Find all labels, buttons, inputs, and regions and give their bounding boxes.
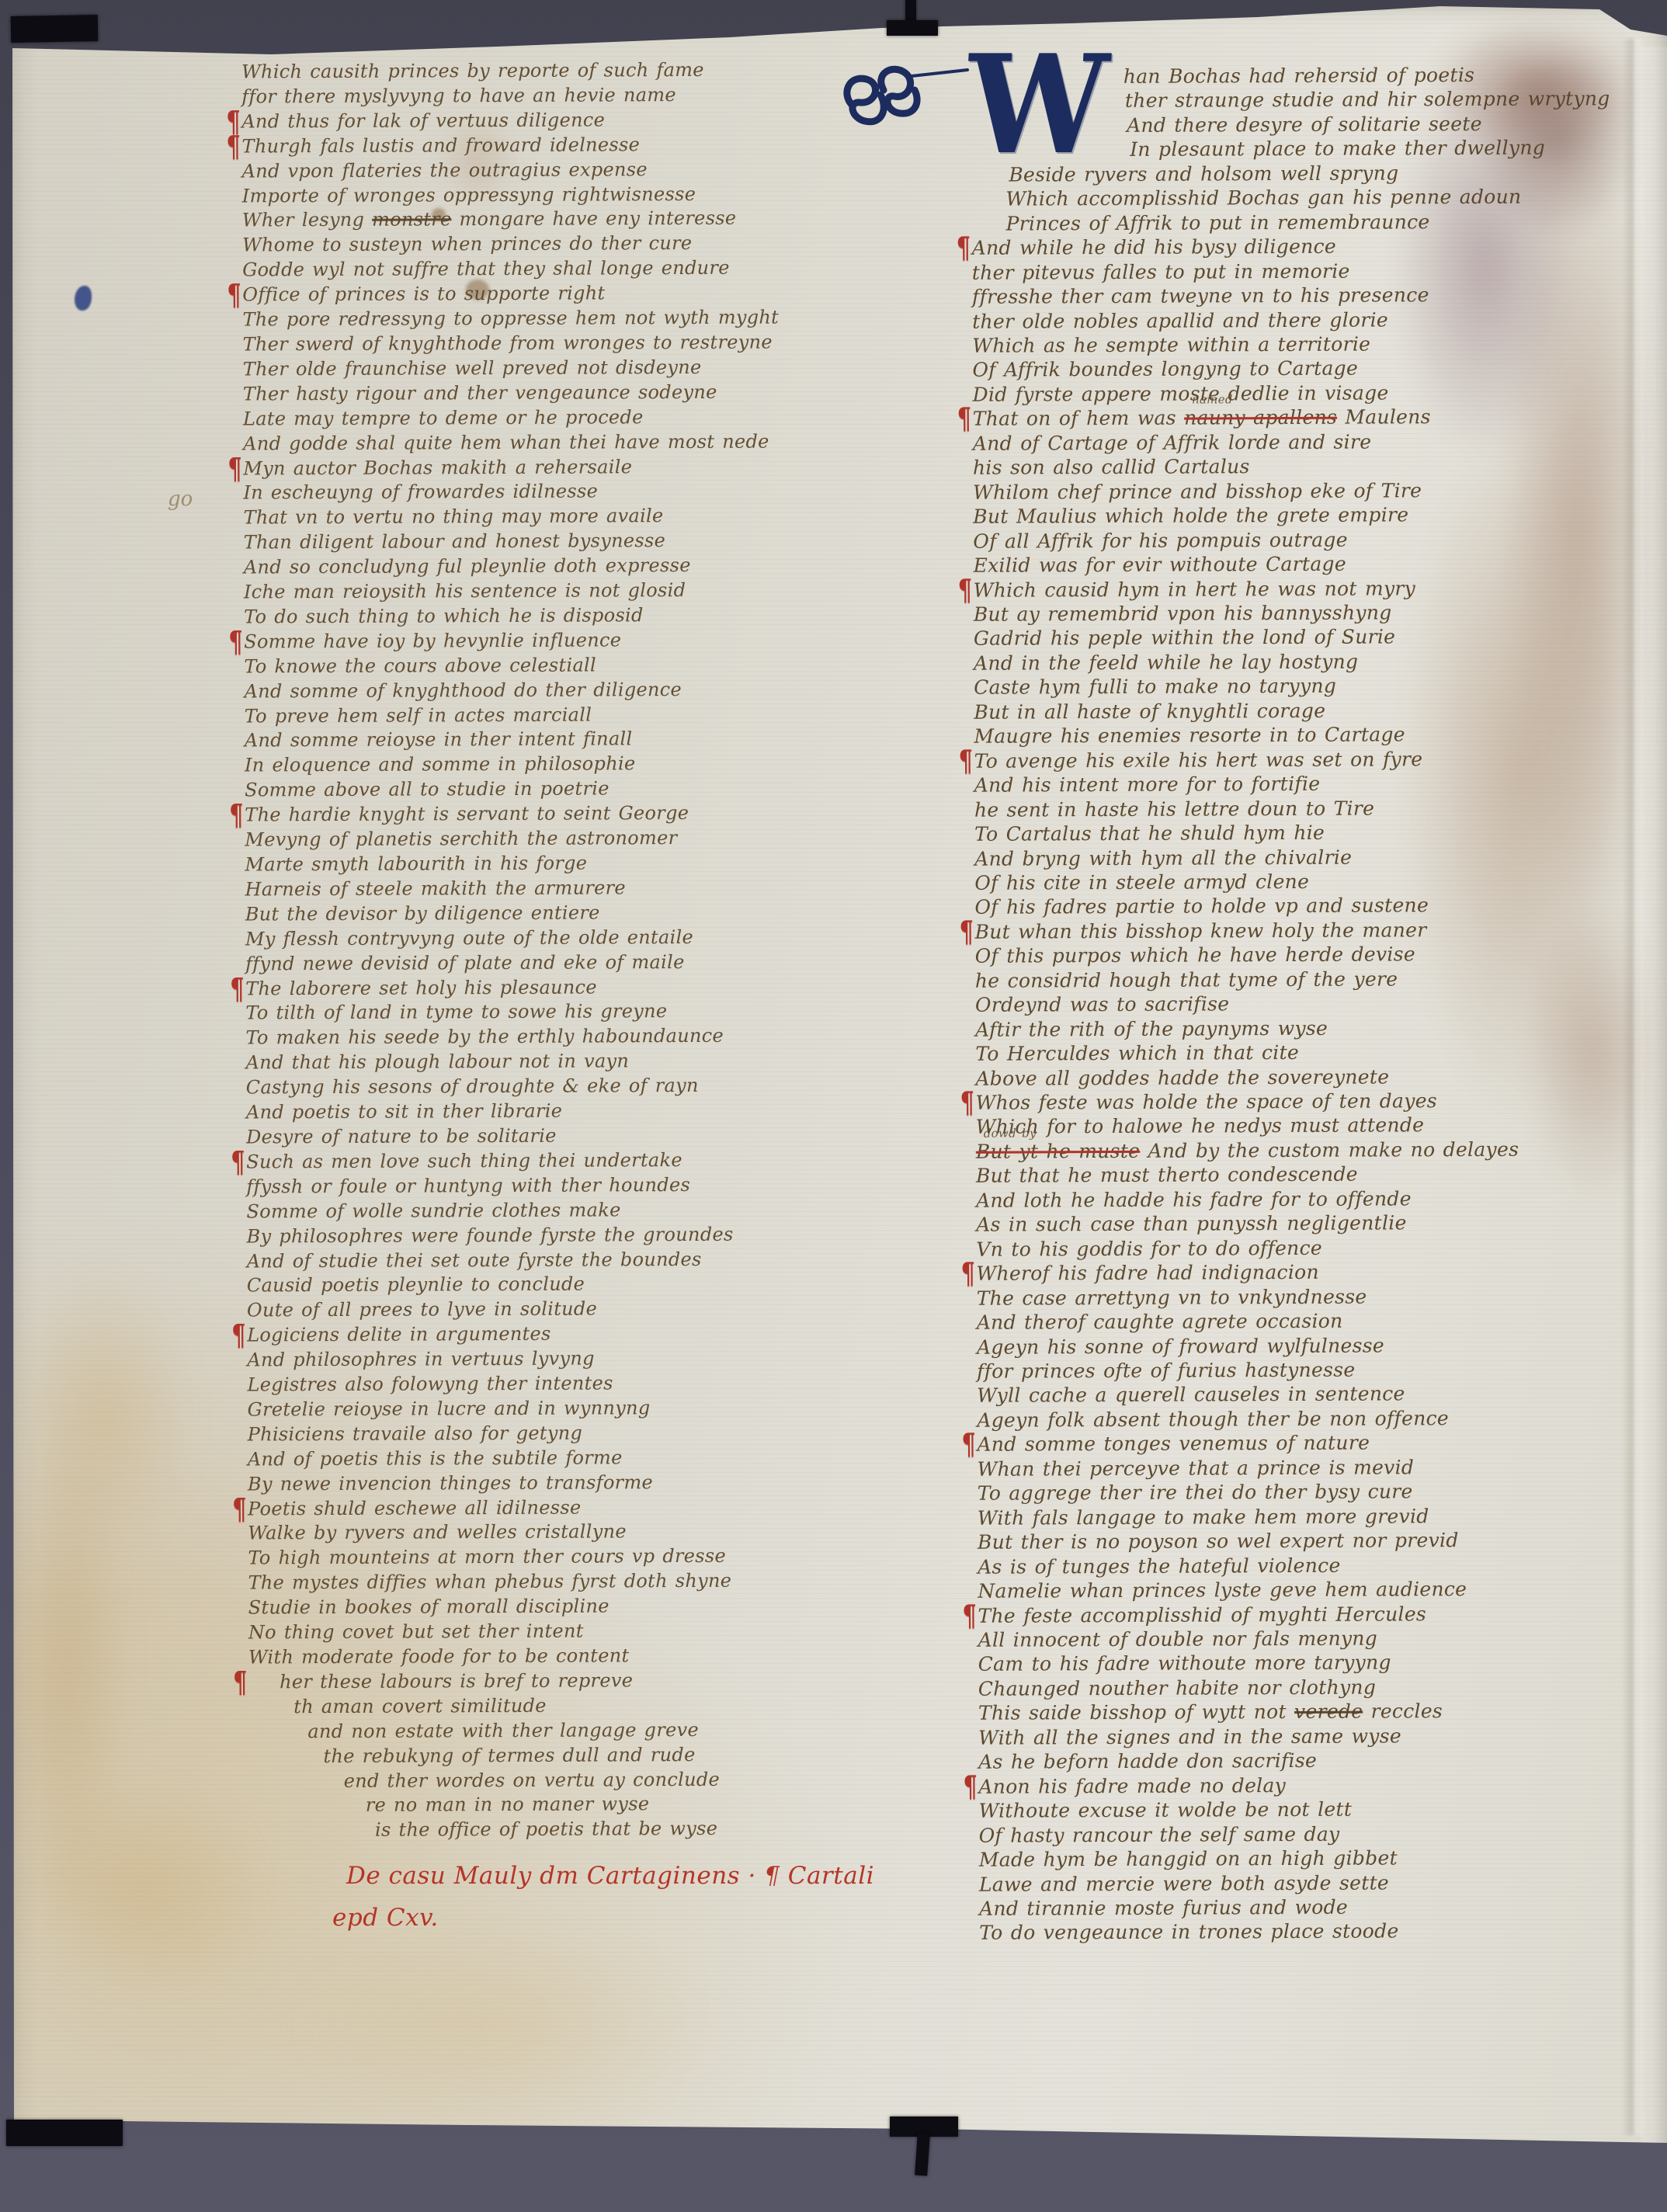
verse-line: Gadrid his peple within the lond of Suri… bbox=[960, 624, 1613, 651]
verse-line: Ageyn his sonne of froward wylfulnesse bbox=[963, 1332, 1616, 1359]
verse-line: And therof caughte agrete occasion bbox=[963, 1307, 1616, 1335]
verse-line: Wyll cache a querell causeles in sentenc… bbox=[963, 1381, 1616, 1408]
correction: monstre bbox=[372, 208, 452, 233]
verse-line: Which for to halowe he nedys must attend… bbox=[962, 1113, 1615, 1140]
verse-line: re no man in no maner wyse bbox=[235, 1792, 786, 1819]
verse-line: And of Cartage of Affrik lorde and sire bbox=[959, 429, 1612, 456]
verse-line: ffynd newe devisid of plate and eke of m… bbox=[231, 950, 782, 977]
verse-line: The mystes diffies whan phebus fyrst dot… bbox=[234, 1569, 784, 1596]
verse-line: Desyre of nature to be solitarie bbox=[232, 1123, 783, 1150]
paraph-mark: ¶ bbox=[228, 628, 243, 655]
verse-line: The case arrettyng vn to vnkyndnesse bbox=[963, 1283, 1616, 1311]
verse-line: To tilth of land in tyme to sowe his gre… bbox=[231, 999, 782, 1026]
verse-line: dowd byBut yt he muste And by the custom… bbox=[962, 1137, 1615, 1164]
correction: verede bbox=[1294, 1700, 1363, 1724]
verse-line: Than diligent labour and honest bysyness… bbox=[230, 529, 780, 556]
verse-line: Somme of wolle sundrie clothes make bbox=[232, 1197, 783, 1224]
verse-line: Ordeynd was to sacrifise bbox=[961, 990, 1614, 1017]
verse-line: Godde wyl not suffre that they shal long… bbox=[228, 256, 779, 283]
verse-line: end ther wordes on vertu ay conclude bbox=[235, 1767, 786, 1794]
verse-line: Walke by ryvers and welles cristallyne bbox=[234, 1519, 784, 1547]
verse-line: he considrid hough that tyme of the yere bbox=[961, 966, 1614, 993]
verse-line: the rebukyng of termes dull and rude bbox=[234, 1742, 785, 1769]
paraph-mark: ¶ bbox=[959, 748, 974, 774]
verse-line: To aggrege ther ire thei do ther bysy cu… bbox=[964, 1478, 1617, 1505]
verse-line: Ther hasty rigour and ther vengeaunce so… bbox=[229, 380, 780, 407]
paraph-mark: ¶ bbox=[231, 1322, 246, 1349]
verse-line: But Maulius which holde the grete empire bbox=[959, 502, 1612, 529]
verse-line: Gretelie reioyse in lucre and in wynnyng bbox=[234, 1395, 784, 1422]
mount-clamp-bottom-left bbox=[6, 2120, 123, 2146]
verse-line: In escheuyng of frowardes idilnesse bbox=[229, 479, 780, 506]
verse-line: Of his fadres partie to holde vp and sus… bbox=[960, 893, 1613, 920]
verse-line: ¶Which causid hym in hert he was not myr… bbox=[960, 575, 1613, 602]
verse-line: Above all goddes hadde the sovereynete bbox=[961, 1064, 1614, 1091]
verse-line: Made hym be hanggid on an high gibbet bbox=[965, 1845, 1618, 1872]
verse-line: ¶The hardie knyght is servant to seint G… bbox=[231, 801, 781, 828]
verse-line: ¶And somme tonges venemus of nature bbox=[963, 1430, 1616, 1457]
verse-line: No thing covet but set ther intent bbox=[234, 1619, 785, 1646]
verse-line: Importe of wronges oppressyng rightwisne… bbox=[228, 182, 779, 209]
verse-line: Did fyrste appere moste dedlie in visage bbox=[959, 380, 1612, 407]
paraph-mark: ¶ bbox=[963, 1773, 978, 1800]
verse-line: Late may tempre to deme or he procede bbox=[229, 405, 780, 432]
verse-line: Marte smyth labourith in his forge bbox=[231, 850, 781, 877]
verse-line: Castyng his sesons of droughte & eke of … bbox=[232, 1074, 783, 1101]
verse-line: Ther swerd of knyghthode from wronges to… bbox=[229, 330, 780, 357]
verse-line: th aman covert similitude bbox=[234, 1693, 785, 1720]
verse-line: ffor there myslyvyng to have an hevie na… bbox=[227, 82, 778, 109]
verse-line: In eloquence and somme in philosophie bbox=[231, 752, 781, 779]
verse-line: This saide bisshop of wytt not verede re… bbox=[964, 1699, 1617, 1726]
paraph-mark: ¶ bbox=[226, 133, 241, 159]
verse-line: Chaunged nouther habite nor clothyng bbox=[964, 1674, 1617, 1701]
verse-line: To Herculdes which in that cite bbox=[961, 1039, 1614, 1066]
verse-line: Aftir the rith of the paynyms wyse bbox=[961, 1015, 1614, 1042]
verse-line: Of hasty rancour the self same day bbox=[965, 1821, 1618, 1848]
verse-line: Legistres also folowyng ther intentes bbox=[233, 1370, 783, 1398]
paraph-mark: ¶ bbox=[957, 405, 972, 432]
verse-line: Cam to his fadre withoute more taryyng bbox=[964, 1650, 1617, 1677]
verse-line: With moderate foode for to be content bbox=[234, 1643, 785, 1670]
verse-line: ¶Myn auctor Bochas makith a rehersaile bbox=[229, 454, 780, 481]
paraph-mark: ¶ bbox=[960, 918, 974, 945]
verse-line: As in such case than punyssh negligentli… bbox=[962, 1210, 1615, 1237]
correction: namednauny apallens bbox=[1184, 405, 1337, 430]
verse-line: Ageyn folk absent though ther be non off… bbox=[963, 1405, 1616, 1432]
verse-line: Harneis of steele makith the armurere bbox=[231, 875, 782, 902]
verse-line: ffyssh or foule or huntyng with ther hou… bbox=[232, 1172, 783, 1200]
struck-text: nauny apallens bbox=[1184, 406, 1337, 429]
verse-line: To preve hem self in actes marciall bbox=[231, 702, 781, 729]
paraph-mark: ¶ bbox=[231, 1148, 245, 1175]
chapter-rubric-line-1: De casu Mauly dm Cartaginens · ¶ Cartali bbox=[346, 1860, 874, 1891]
verse-line: And somme of knyghthood do ther diligenc… bbox=[230, 677, 780, 704]
verse-line: And somme reioyse in ther intent finall bbox=[231, 727, 781, 754]
verse-line: Princes of Affrik to put in remembraunce bbox=[958, 209, 1611, 236]
paraph-mark: ¶ bbox=[960, 1089, 974, 1116]
verse-line: and non estate with ther langage greve bbox=[234, 1717, 785, 1745]
fold-crease-right bbox=[1622, 39, 1645, 2135]
verse-line: his son also callid Cartalus bbox=[959, 453, 1612, 480]
under-leaf-edge-right bbox=[1641, 47, 1667, 2143]
verse-line: ¶Such as men love such thing thei undert… bbox=[232, 1148, 783, 1175]
verse-line: ¶But whan this bisshop knew holy the man… bbox=[961, 917, 1614, 944]
struck-text: But yt he muste bbox=[976, 1140, 1141, 1163]
verse-line: Beside ryvers and holsom well spryng bbox=[957, 160, 1610, 187]
verse-line: Of Affrik boundes longyng to Cartage bbox=[958, 356, 1611, 383]
paraph-mark: ¶ bbox=[232, 1495, 247, 1522]
verse-line: To knowe the cours above celestiall bbox=[230, 652, 780, 679]
verse-line: Namelie whan princes lyste geve hem audi… bbox=[964, 1576, 1617, 1603]
verse-line: And that his plough labour not in vayn bbox=[232, 1049, 783, 1076]
paraph-mark: ¶ bbox=[227, 282, 241, 308]
left-text-column: Which causith princes by reporte of such… bbox=[227, 57, 786, 1843]
verse-line: In plesaunt place to make ther dwellyng bbox=[957, 136, 1610, 163]
verse-line: To maken his seede by the erthly habound… bbox=[231, 1024, 782, 1051]
verse-line: Exilid was for evir withoute Cartage bbox=[959, 550, 1612, 578]
paraph-mark: ¶ bbox=[227, 455, 242, 481]
verse-line: Which accomplisshid Bochas gan his penne… bbox=[957, 184, 1610, 211]
verse-line: ¶And while he did his bysy diligence bbox=[958, 233, 1611, 260]
verse-line: To do vengeaunce in trones place stoode bbox=[965, 1919, 1618, 1946]
verse-line: ffor princes ofte of furius hastynesse bbox=[963, 1356, 1616, 1384]
verse-line: And his intent more for to fortifie bbox=[960, 770, 1613, 797]
verse-line: As he beforn hadde don sacrifise bbox=[964, 1747, 1617, 1774]
verse-line: ther straunge studie and hir solempne wr… bbox=[957, 87, 1610, 114]
verse-line: ¶Thurgh fals lustis and froward idelness… bbox=[227, 132, 778, 159]
verse-line: Somme above all to studie in poetrie bbox=[231, 776, 781, 804]
right-text-column: han Bochas had rehersid of poetisther st… bbox=[957, 62, 1618, 1946]
verse-line: My flessh contryvyng oute of the olde en… bbox=[231, 925, 782, 952]
verse-line: Wher lesyng monstre mongare have eny int… bbox=[228, 207, 779, 234]
photograph-backdrop: { "palette":{ "backdrop":"#4a4a5c","parc… bbox=[0, 0, 1667, 2212]
verse-line: And philosophres in vertuus lyvyng bbox=[233, 1346, 783, 1373]
verse-line: ¶The feste accomplisshid of myghti Hercu… bbox=[964, 1601, 1617, 1628]
paraph-mark: ¶ bbox=[960, 1260, 975, 1287]
paraph-mark: ¶ bbox=[233, 1669, 248, 1695]
verse-line: And poetis to sit in ther librarie bbox=[232, 1099, 783, 1126]
verse-line: With fals langage to make hem more grevi… bbox=[964, 1503, 1617, 1530]
verse-line: By newe invencion thinges to transforme bbox=[234, 1470, 784, 1497]
interlinear-insertion: dowd by bbox=[984, 1127, 1037, 1138]
verse-line: Iche man reioysith his sentence is not g… bbox=[230, 578, 780, 605]
verse-line: And godde shal quite hem whan thei have … bbox=[229, 429, 780, 457]
initial-flourish-icon bbox=[837, 59, 969, 207]
verse-line: Whan thei perceyve that a prince is mevi… bbox=[964, 1454, 1617, 1481]
verse-line: Of his cite in steele armyd clene bbox=[960, 868, 1613, 895]
verse-line: Maugre his enemies resorte in to Cartage bbox=[960, 721, 1613, 748]
verse-line: Studie in bookes of morall discipline bbox=[234, 1594, 785, 1621]
mount-clamp-top-left bbox=[11, 15, 99, 43]
verse-line: And there desyre of solitarie seete bbox=[957, 111, 1610, 138]
verse-line: Which as he sempte within a territorie bbox=[958, 331, 1611, 358]
verse-line: Withoute excuse it wolde be not lett bbox=[964, 1796, 1617, 1823]
verse-line: Causid poetis pleynlie to conclude bbox=[233, 1272, 783, 1299]
paraph-mark: ¶ bbox=[957, 234, 971, 261]
stain-bottom-center bbox=[194, 1879, 800, 2174]
verse-line: han Bochas had rehersid of poetis bbox=[957, 62, 1610, 89]
verse-line: All innocent of double nor fals menyng bbox=[964, 1625, 1617, 1652]
verse-line: And bryng with hym all the chivalrie bbox=[960, 844, 1613, 871]
paraph-mark: ¶ bbox=[229, 802, 244, 828]
verse-line: Ther olde fraunchise well preved not dis… bbox=[229, 355, 780, 382]
paraph-mark: ¶ bbox=[958, 576, 973, 602]
verse-line: ¶her these labours is bref to repreve bbox=[234, 1668, 785, 1695]
verse-line: To do such thing to which he is disposid bbox=[230, 602, 780, 630]
blue-ink-blot bbox=[75, 286, 92, 311]
verse-line: Caste hym fulli to make no taryyng bbox=[960, 672, 1613, 700]
verse-line: As is of tunges the hateful violence bbox=[964, 1552, 1617, 1579]
verse-line: is the office of poetis that be wyse bbox=[235, 1817, 786, 1844]
verse-line: ¶That on of hem was namednauny apallens … bbox=[959, 405, 1612, 432]
verse-line: And so concludyng ful pleynlie doth expr… bbox=[230, 554, 780, 581]
verse-line: And vpon flateries the outragius expense bbox=[228, 157, 779, 184]
verse-line: ffresshe ther cam tweyne vn to his prese… bbox=[958, 282, 1611, 309]
verse-line: To Cartalus that he shuld hym hie bbox=[960, 819, 1613, 846]
verse-line: But the devisor by diligence entiere bbox=[231, 900, 782, 927]
verse-line: ¶And thus for lak of vertuus diligence bbox=[227, 107, 778, 134]
verse-line: ¶Wherof his fadre had indignacion bbox=[962, 1259, 1615, 1286]
verse-line: But that he must therto condescende bbox=[962, 1162, 1615, 1189]
verse-line: Of all Affrik for his pompuis outrage bbox=[959, 526, 1612, 554]
chapter-rubric-line-2: epd Cxv. bbox=[332, 1902, 439, 1933]
verse-line: Of this purpos which he have herde devis… bbox=[961, 941, 1614, 968]
verse-line: Oute of all prees to lyve in solitude bbox=[233, 1297, 783, 1324]
verse-line: ¶To avenge his exile his hert was set on… bbox=[960, 746, 1613, 773]
verse-line: Which causith princes by reporte of such… bbox=[227, 57, 778, 85]
verse-line: ¶The laborere set holy his plesaunce bbox=[231, 974, 782, 1002]
verse-line: Mevyng of planetis serchith the astronom… bbox=[231, 826, 781, 853]
verse-line: Phisiciens travaile also for getyng bbox=[234, 1420, 784, 1447]
verse-line: The pore redressyng to oppresse hem not … bbox=[228, 306, 779, 333]
paraph-mark: ¶ bbox=[962, 1602, 977, 1628]
verse-line: Vn to his goddis for to do offence bbox=[962, 1234, 1615, 1262]
verse-line: ¶Whos feste was holde the space of ten d… bbox=[961, 1088, 1614, 1115]
verse-line: ¶Somme have ioy by hevynlie influence bbox=[230, 627, 780, 655]
mount-clamp-bottom-center-rod bbox=[915, 2134, 930, 2176]
verse-line: And loth he hadde his fadre for to offen… bbox=[962, 1186, 1615, 1213]
verse-line: And of studie thei set oute fyrste the b… bbox=[233, 1247, 783, 1274]
verse-line: ¶Anon his fadre made no delay bbox=[964, 1772, 1617, 1799]
margin-annotation: go bbox=[168, 488, 193, 511]
verse-line: By philosophres were founde fyrste the g… bbox=[233, 1222, 783, 1249]
verse-line: ¶Logiciens delite in argumentes bbox=[233, 1321, 783, 1349]
paraph-mark: ¶ bbox=[230, 975, 245, 1002]
verse-line: ¶Poetis shuld eschewe all idilnesse bbox=[234, 1495, 784, 1522]
verse-line: ther pitevus falles to put in memorie bbox=[958, 258, 1611, 285]
verse-line: he sent in haste his lettre doun to Tire bbox=[960, 795, 1613, 822]
verse-line: That vn to vertu no thing may more avail… bbox=[229, 504, 780, 531]
paraph-mark: ¶ bbox=[961, 1431, 976, 1457]
verse-line: But in all haste of knyghtli corage bbox=[960, 697, 1613, 724]
verse-line: To high mounteins at morn ther cours vp … bbox=[234, 1544, 784, 1571]
verse-line: And of poetis this is the subtile forme bbox=[234, 1445, 784, 1472]
struck-text: verede bbox=[1294, 1700, 1363, 1723]
manuscript-page: go W Which causith princes by reporte of… bbox=[0, 0, 1667, 2212]
mount-clamp-top-center bbox=[887, 20, 938, 36]
verse-line: ¶Office of princes is to supporte right bbox=[228, 281, 779, 308]
verse-line: ther olde nobles apallid and there glori… bbox=[958, 307, 1611, 334]
verse-line: Whilom chef prince and bisshop eke of Ti… bbox=[959, 477, 1612, 505]
correction: dowd byBut yt he muste bbox=[976, 1139, 1141, 1164]
verse-line: Whome to susteyn when princes do ther cu… bbox=[228, 231, 779, 259]
verse-line: But ther is no poyson so wel expert nor … bbox=[964, 1527, 1617, 1554]
verse-line: With all the signes and in the same wyse bbox=[964, 1723, 1617, 1750]
struck-text: monstre bbox=[372, 209, 452, 231]
interlinear-insertion: named bbox=[1192, 394, 1233, 405]
verse-line: And tirannie moste furius and wode bbox=[965, 1894, 1618, 1921]
verse-line: And in the feeld while he lay hostyng bbox=[960, 648, 1613, 675]
verse-line: But ay remembrid vpon his bannysshyng bbox=[960, 599, 1613, 627]
verse-line: Lawe and mercie were both asyde sette bbox=[965, 1870, 1618, 1897]
